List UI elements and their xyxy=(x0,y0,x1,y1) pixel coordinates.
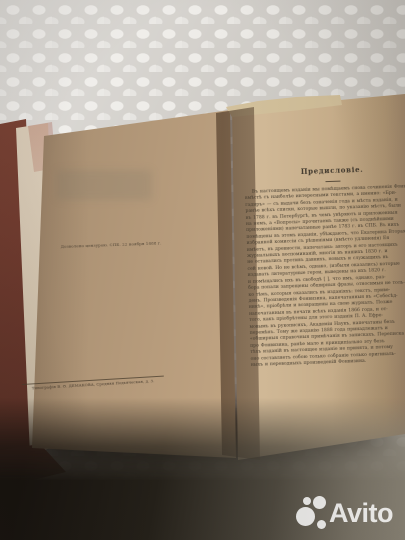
avito-wordmark: Avito xyxy=(329,498,393,529)
photo-vignette xyxy=(0,0,405,540)
avito-logo-dot-large xyxy=(296,507,315,526)
avito-logo-dot-medium xyxy=(313,496,326,509)
avito-logo-dot-small-top xyxy=(303,497,311,505)
book-photo: Дозволено цензурою. СПБ. 22 ноября 1888 … xyxy=(0,0,405,540)
avito-logo-dot-small-bottom xyxy=(317,520,326,529)
avito-watermark: Avito xyxy=(292,494,400,534)
